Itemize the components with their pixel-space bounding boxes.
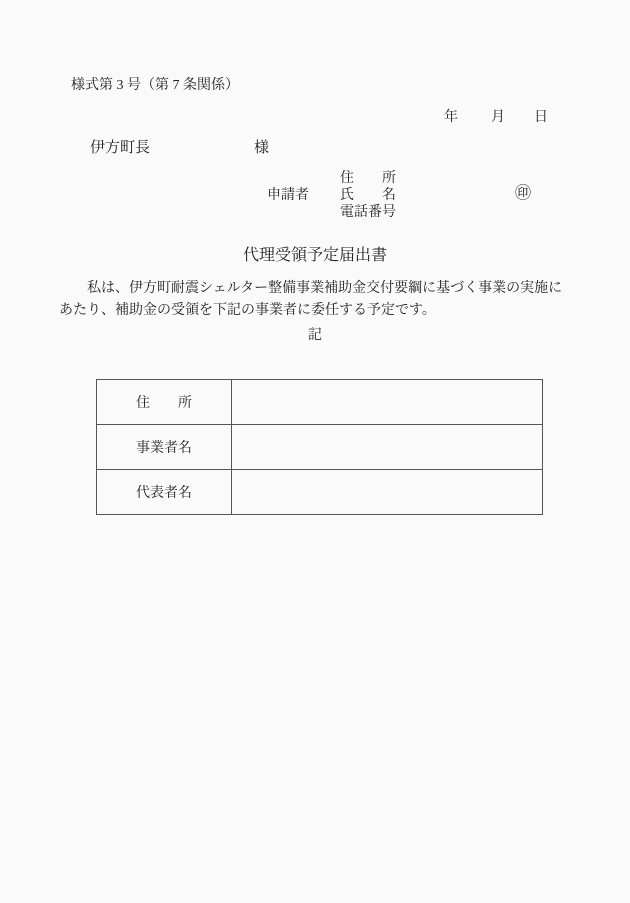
date-day-label: 日 bbox=[534, 109, 548, 126]
info-table: 住 所 事業者名 代表者名 bbox=[96, 379, 543, 515]
date-line: 年 月 日 bbox=[0, 109, 630, 127]
addressee-honorific: 様 bbox=[254, 139, 269, 157]
document-page: 様式第 3 号（第 7 条関係） 年 月 日 伊方町長 様 申請者 住 所 氏 … bbox=[0, 0, 630, 903]
row-value-representative-name bbox=[232, 470, 543, 515]
date-month-label: 月 bbox=[491, 109, 505, 126]
date-year-label: 年 bbox=[444, 109, 458, 126]
applicant-phone-label: 電話番号 bbox=[340, 204, 396, 221]
form-number: 様式第 3 号（第 7 条関係） bbox=[71, 77, 239, 94]
table-row: 代表者名 bbox=[97, 470, 543, 515]
applicant-info-lines: 住 所 氏 名 電話番号 bbox=[340, 170, 396, 221]
applicant-label: 申請者 bbox=[267, 187, 309, 204]
row-label-business-name: 事業者名 bbox=[97, 425, 232, 470]
row-value-business-name bbox=[232, 425, 543, 470]
applicant-address-label: 住 所 bbox=[340, 170, 396, 187]
seal-icon: ㊞ bbox=[515, 185, 531, 203]
row-label-address: 住 所 bbox=[97, 380, 232, 425]
table-row: 事業者名 bbox=[97, 425, 543, 470]
row-label-representative-name: 代表者名 bbox=[97, 470, 232, 515]
record-marker: 記 bbox=[0, 327, 630, 345]
applicant-name-label: 氏 名 bbox=[340, 187, 396, 204]
table-row: 住 所 bbox=[97, 380, 543, 425]
body-paragraph: 私は、伊方町耐震シェルター整備事業補助金交付要綱に基づく事業の実施にあたり、補助… bbox=[59, 278, 572, 322]
page-title: 代理受領予定届出書 bbox=[0, 246, 630, 265]
addressee-name: 伊方町長 bbox=[90, 139, 150, 157]
row-value-address bbox=[232, 380, 543, 425]
